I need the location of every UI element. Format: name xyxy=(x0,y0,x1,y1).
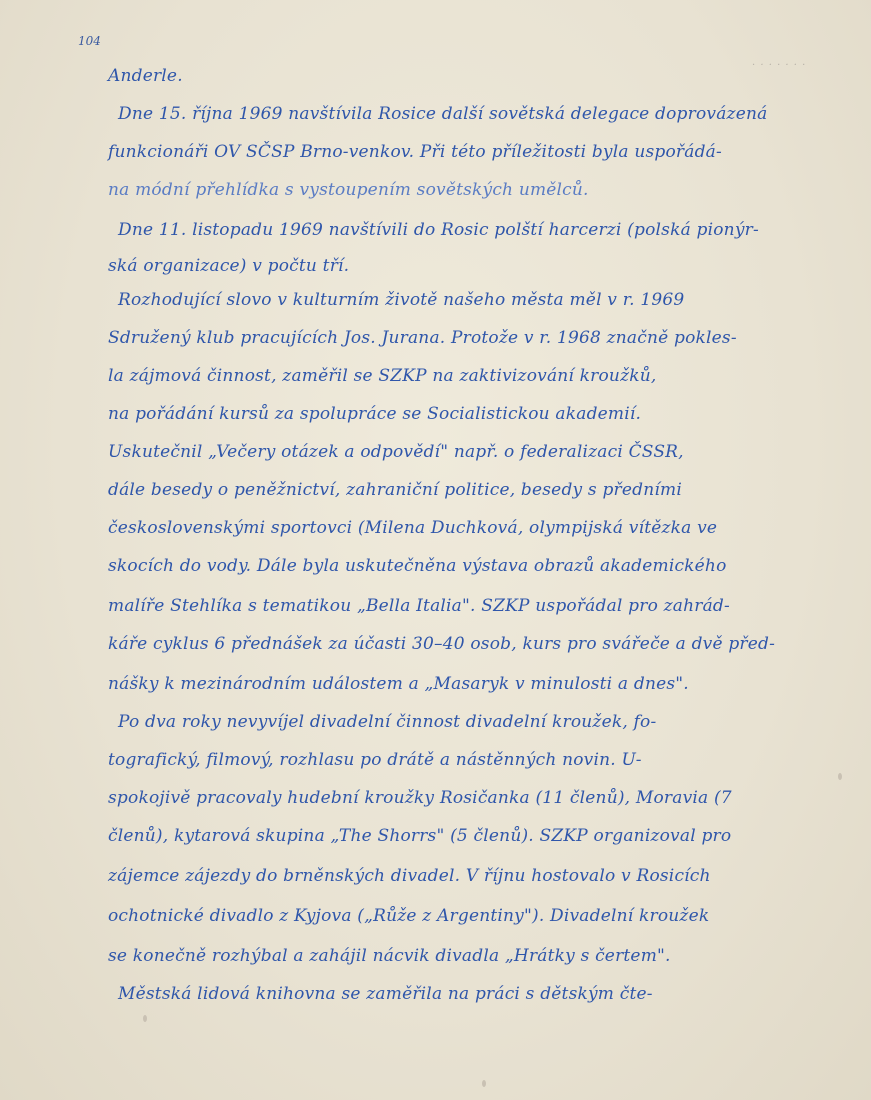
text-line: skocích do vody. Dále byla uskutečněna v… xyxy=(108,556,727,576)
text-line: na pořádání kursů za spolupráce se Socia… xyxy=(108,404,641,424)
paper-spot xyxy=(143,1015,147,1022)
text-line: Anderle. xyxy=(108,66,183,86)
text-line: tografický, filmový, rozhlasu po drátě a… xyxy=(108,750,642,770)
text-line: ská organizace) v počtu tří. xyxy=(108,256,349,276)
text-line: členů), kytarová skupina „The Shorrs" (5… xyxy=(108,826,731,846)
text-line: malíře Stehlíka s tematikou „Bella Itali… xyxy=(108,596,730,616)
text-line: funkcionáři OV SČSP Brno-venkov. Při tét… xyxy=(108,142,722,162)
pencil-annotation: · · · · · · · xyxy=(752,60,806,71)
text-line: Dne 11. listopadu 1969 navštívili do Ros… xyxy=(118,220,759,240)
paper-spot xyxy=(482,1080,486,1087)
text-line: dále besedy o peněžnictví, zahraniční po… xyxy=(108,480,682,500)
text-line: nášky k mezinárodním událostem a „Masary… xyxy=(108,674,689,694)
text-line: zájemce zájezdy do brněnských divadel. V… xyxy=(108,866,711,886)
text-line: Sdružený klub pracujících Jos. Jurana. P… xyxy=(108,328,737,348)
page-number: 104 xyxy=(78,34,101,48)
text-line: spokojivě pracovaly hudební kroužky Rosi… xyxy=(108,788,732,808)
text-line: ochotnické divadlo z Kyjova („Růže z Arg… xyxy=(108,906,709,926)
text-line: Dne 15. října 1969 navštívila Rosice dal… xyxy=(118,104,767,124)
text-line: la zájmová činnost, zaměřil se SZKP na z… xyxy=(108,366,657,386)
text-line: káře cyklus 6 přednášek za účasti 30–40 … xyxy=(108,634,775,654)
text-line: Městská lidová knihovna se zaměřila na p… xyxy=(118,984,653,1004)
text-line: Rozhodující slovo v kulturním životě naš… xyxy=(118,290,684,310)
text-line: se konečně rozhýbal a zahájil nácvik div… xyxy=(108,946,671,966)
paper-spot xyxy=(838,773,842,780)
text-line: československými sportovci (Milena Duchk… xyxy=(108,518,717,538)
document-page: 104 · · · · · · · Anderle. Dne 15. října… xyxy=(0,0,871,1100)
text-line: na módní přehlídka s vystoupením sovětsk… xyxy=(108,180,589,200)
text-line: Uskutečnil „Večery otázek a odpovědí" na… xyxy=(108,442,684,462)
text-line: Po dva roky nevyvíjel divadelní činnost … xyxy=(118,712,656,732)
